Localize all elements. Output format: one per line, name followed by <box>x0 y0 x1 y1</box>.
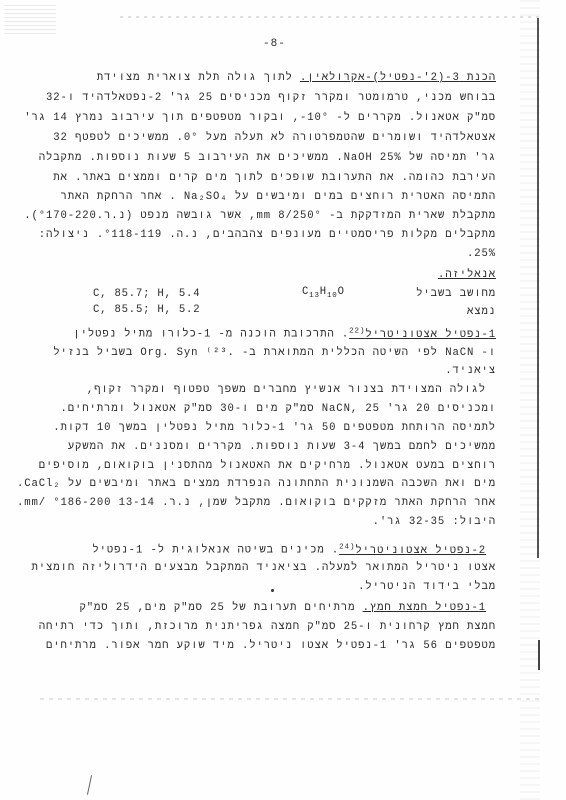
section1-line: גר' תמיסה של NaOH 25%. ממשיכים את העירבו… <box>39 152 496 164</box>
section1-first-line: הכנת 3-(2'-נפטיל)-אקרולאין. לתוך גולה תל… <box>97 72 496 84</box>
section2-title: 1-נפטיל אצטוניטריל22) <box>349 329 496 341</box>
page-edge-line <box>538 640 540 670</box>
section4-text: מרתיחים תערובת של 25 סמ"ק מים, 25 סמ"ק <box>80 602 356 614</box>
section1-line: מתקבלת שארית המזדקקת ב- 250°/8 mm, אשר ג… <box>24 210 496 222</box>
page-number: -8- <box>263 38 286 50</box>
analysis-formula: C13H10O <box>302 286 345 300</box>
section3-text: . מכינים בשיטה אנאלוגית ל- 1-נפטיל <box>92 545 339 557</box>
section2-line: ציאניד. <box>445 365 496 377</box>
section2-line: רוחצים במעט אטאנול. מרחיקים את האטאנול מ… <box>39 460 496 472</box>
section3-title: 2-נפטיל אצטוניטריל24) <box>339 545 486 557</box>
section2-line: ומכניסים 20 גר' NaCN, 25 סמ"ק מים ו-30 ס… <box>61 403 496 415</box>
analysis-calc-values: C, 85.7; H, 5.4 <box>93 288 200 300</box>
section1-line: התמיסה האטרית רוחצים במים ומיבשים על Na₂… <box>61 191 496 203</box>
section2-line: ו- NaCN לפי השיטה הכללית המתוארת ב- .Org… <box>53 346 496 359</box>
section4-first-line: 1-נפטיל חמצת חמץ. מרתיחים תערובת של 25 ס… <box>80 602 486 614</box>
reference-24: 24) <box>339 543 355 551</box>
section2-line: היבול: 32-35 גר'. <box>373 516 496 528</box>
scan-artifact <box>4 4 56 34</box>
section2-line: לגולה המצוידת בצנור אנשיץ מחברים משפך טפ… <box>87 384 486 396</box>
section1-title: הכנת 3-(2'-נפטיל)-אקרולאין. <box>300 72 496 84</box>
section1-line: סמ"ק אטאנול. מקררים ל- 10°-, ובקור מטפטפ… <box>24 112 496 124</box>
section2-title-text: 1-נפטיל אצטוניטריל <box>365 329 496 341</box>
scan-artifact <box>120 16 540 18</box>
ink-dot <box>271 589 274 592</box>
section1-line: אצטאלדהיד ושומרים שהטמפרטורה לא תעלה מעל… <box>53 132 496 144</box>
section3-title-text: 2-נפטיל אצטוניטריל <box>355 545 486 557</box>
section4-line: מטפטפים 56 גר' 1-נפטיל אצטו ניטריל. מיד … <box>46 640 496 652</box>
page-edge-line <box>537 18 539 558</box>
section2-first-line: 1-נפטיל אצטוניטריל22). התרכובת הוכנה מ- … <box>73 327 496 341</box>
scan-artifact <box>40 698 540 700</box>
section2-text: . התרכובת הוכנה מ- 1-כלורו מתיל נפטלין <box>73 329 349 341</box>
analysis-found-values: C, 85.5; H, 5.2 <box>93 304 200 316</box>
section4-line: חמצת חמץ קרחונית ו-25 סמ"ק חמצה גפריתנית… <box>39 621 496 633</box>
analysis-calc-label: מחושב בשביל <box>416 288 496 300</box>
section2-line: אחר הרחקת האתר מזקקים בוקואום. מתקבל שמן… <box>17 497 496 509</box>
scanned-page: -8- הכנת 3-(2'-נפטיל)-אקרולאין. לתוך גול… <box>0 0 566 800</box>
analysis-found-label: נמצא <box>467 306 496 318</box>
section3-first-line: 2-נפטיל אצטוניטריל24). מכינים בשיטה אנאל… <box>92 543 486 557</box>
section1-line: העירבת כהומה. את התערובת שופכים לתוך מים… <box>53 172 496 184</box>
section2-line: לתמיסה הרותחת מטפטפים 50 גר' 1-כלור מתיל… <box>53 422 496 434</box>
section2-line: מים ואת השכבה השמנונית התחתונה הנפרדת ממ… <box>17 478 496 490</box>
analysis-heading: אנאליזה. <box>438 269 496 281</box>
reference-22: 22) <box>349 327 365 335</box>
section1-line: בבוחש מכני, טרמומטר ומקרר זקוף מכניסים 2… <box>46 92 496 104</box>
section4-title: 1-נפטיל חמצת חמץ. <box>363 602 486 614</box>
section1-line: .25% <box>467 248 496 260</box>
section1-line: מתקבלים מקלות פריסמטיים מעונפים צהבהבים,… <box>39 229 496 241</box>
section2-line: ממשיכים לחמם במשך 3-4 שעות נוספות. מקררי… <box>68 441 496 453</box>
pen-mark <box>87 775 92 795</box>
section1-text: לתוך גולה תלת צוארית מצוידת <box>97 72 293 84</box>
section3-line: אצטו ניטריל המתואר למעלה. בציאניד המתקבל… <box>32 562 496 574</box>
section3-line: מבלי בידוד הניטריל. <box>358 581 496 593</box>
